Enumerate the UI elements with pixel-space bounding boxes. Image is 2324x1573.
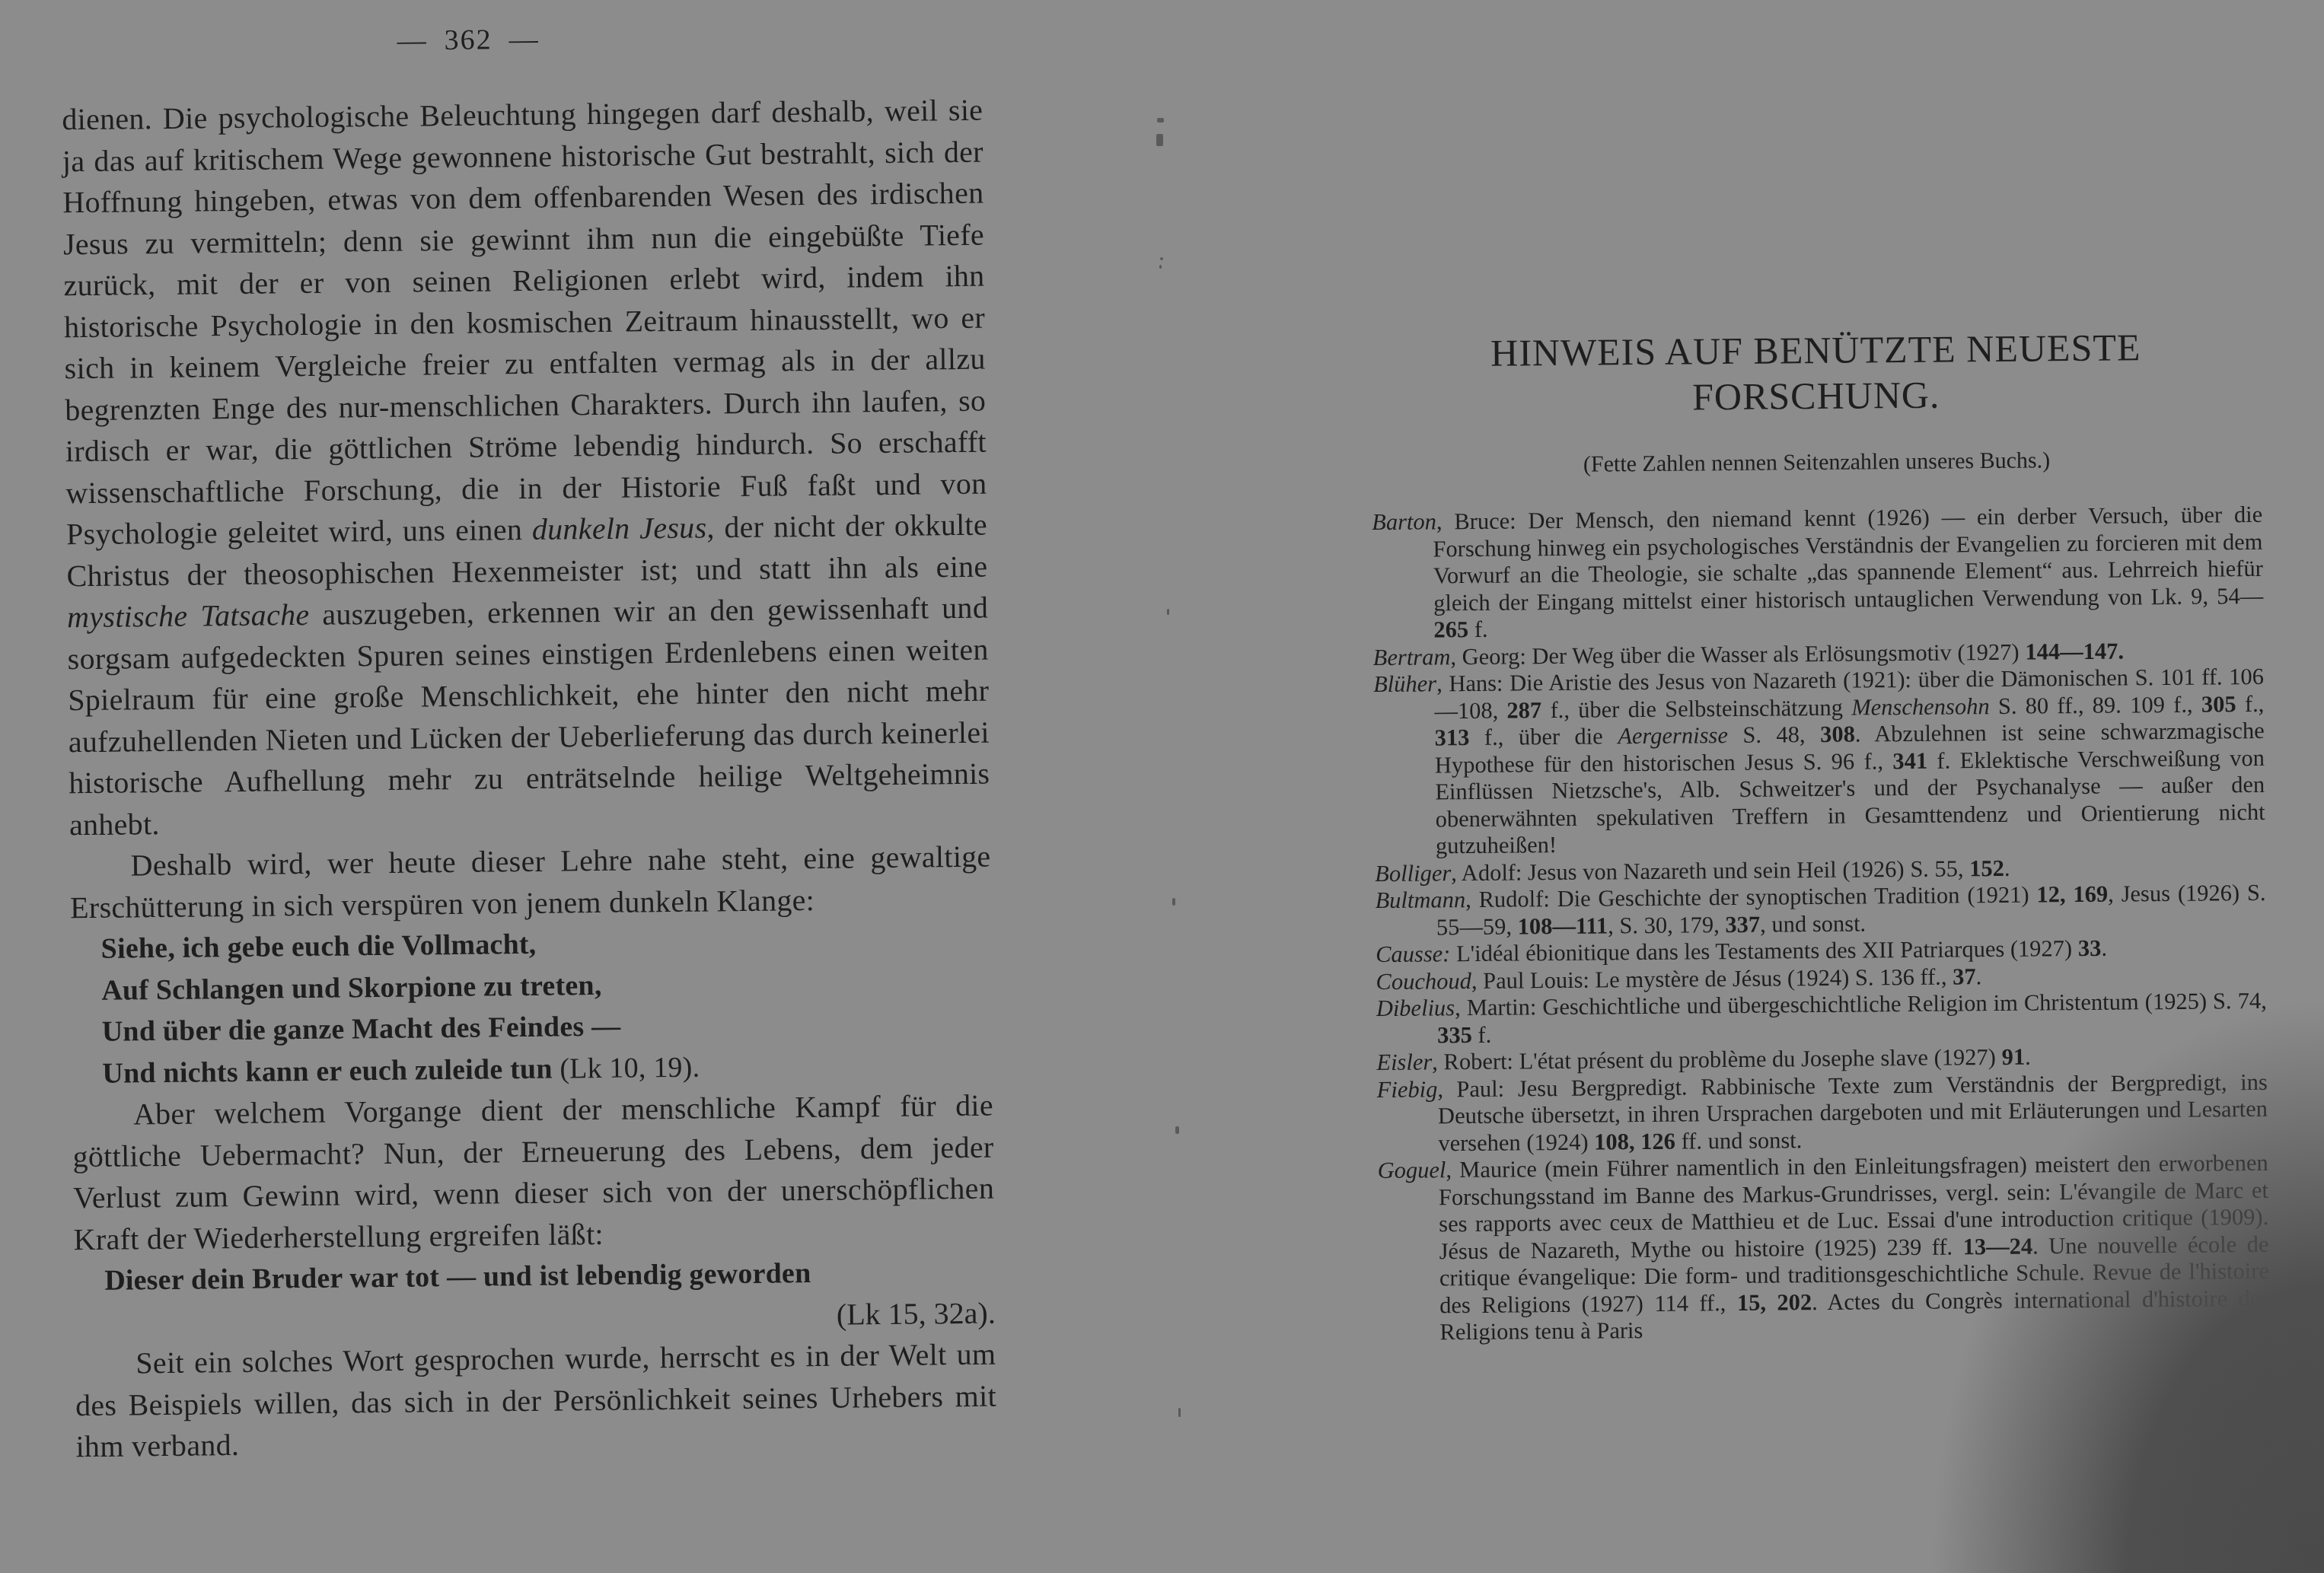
emphasis-italic: Aergernisse bbox=[1618, 722, 1728, 749]
section-title: HINWEIS AUF BENÜTZTE NEUESTE FORSCHUNG. bbox=[1370, 323, 2262, 422]
bibliography-author: Causse: bbox=[1376, 941, 1451, 967]
paragraph-aber-welchem-vorgange: Aber welchem Vorgange dient der menschli… bbox=[72, 1085, 995, 1261]
quote-line-text: Und nichts kann er euch zuleide tun bbox=[102, 1052, 553, 1089]
page-reference-bold: 313 bbox=[1435, 724, 1470, 750]
bibliography-entry: Dibelius, Martin: Geschichtliche und übe… bbox=[1376, 988, 2268, 1049]
bibliography-text: , Rudolf: Die Geschichte der synoptische… bbox=[1465, 881, 2037, 912]
paragraph-seit-ein-solches-wort: Seit ein solches Wort gesprochen wurde, … bbox=[75, 1334, 997, 1468]
bibliography-entry: Barton, Bruce: Der Mensch, den niemand k… bbox=[1372, 502, 2264, 645]
section-title-line-2: FORSCHUNG. bbox=[1692, 374, 1940, 419]
bibliography-text: . bbox=[2004, 855, 2010, 880]
bibliography-text: . bbox=[2101, 935, 2107, 961]
gutter-speck bbox=[1157, 118, 1164, 123]
page-reference-bold: 91 bbox=[2001, 1044, 2025, 1070]
bibliography-author: Bertram bbox=[1373, 644, 1451, 670]
gutter-speck bbox=[1160, 257, 1163, 260]
bibliography-text: . bbox=[1975, 963, 1981, 989]
page-number-dash-right: — bbox=[509, 23, 540, 56]
bibliography-entry: Fiebig, Paul: Jesu Bergpredigt. Rabbinis… bbox=[1377, 1068, 2268, 1157]
section-subtitle: (Fette Zahlen nennen Seitenzahlen unsere… bbox=[1371, 445, 2262, 480]
bibliography-text: f. bbox=[1468, 616, 1488, 642]
bibliography-text: , Bruce: Der Mensch, den niemand kennt (… bbox=[1433, 502, 2263, 616]
bibliography-text: , und sonst. bbox=[1760, 910, 1866, 937]
bibliography-text: , Adolf: Jesus von Nazareth und sein Hei… bbox=[1451, 855, 1969, 886]
bibliography-author: Blüher bbox=[1373, 670, 1436, 697]
paragraph-psychologische-beleuchtung: dienen. Die psychologische Beleuchtung h… bbox=[62, 90, 990, 846]
right-page: HINWEIS AUF BENÜTZTE NEUESTE FORSCHUNG. … bbox=[1370, 323, 2270, 1347]
bibliography-text: , S. 30, 179, bbox=[1608, 912, 1726, 938]
page-reference-bold: 287 bbox=[1506, 697, 1541, 723]
bibliography-text: , Robert: L'état présent du problème du … bbox=[1432, 1044, 2002, 1075]
quote-reference: (Lk 10, 19). bbox=[552, 1051, 700, 1084]
bibliography-text: S. 48, bbox=[1728, 721, 1820, 748]
page-number-value: 362 bbox=[445, 24, 493, 56]
bibliography-text: f. bbox=[1472, 1021, 1492, 1047]
page-reference-bold: 341 bbox=[1892, 747, 1927, 773]
bibliography-text: , Paul Louis: Le mystère de Jésus (1924)… bbox=[1471, 963, 1953, 994]
page-reference-bold: 12, 169 bbox=[2036, 881, 2108, 908]
gutter-speck bbox=[1159, 265, 1162, 269]
page-reference-bold: 305 bbox=[2201, 691, 2236, 717]
bibliography-text: f., über die Selbsteinschätzung bbox=[1541, 694, 1851, 723]
bibliography-text: , Paul: Jesu Bergpredigt. Rabbinische Te… bbox=[1437, 1068, 2268, 1156]
page-reference-bold: 37 bbox=[1953, 963, 1976, 989]
page-reference-bold: 13—24 bbox=[1962, 1233, 2032, 1259]
bibliography-author: Fiebig bbox=[1377, 1076, 1438, 1103]
emphasis-dunkeln-jesus: dunkeln Jesus bbox=[532, 510, 707, 546]
page-reference-bold: 335 bbox=[1437, 1021, 1472, 1047]
bibliography-author: Bolliger bbox=[1375, 860, 1451, 887]
bible-quote-lk-10-19: Siehe, ich gebe euch die Vollmacht, Auf … bbox=[70, 919, 993, 1095]
page-reference-bold: 15, 202 bbox=[1737, 1289, 1812, 1316]
emphasis-mystische-tatsache: mystische Tatsache bbox=[67, 597, 310, 634]
bibliography-text: L'idéal ébionitique dans les Testaments … bbox=[1450, 935, 2078, 966]
gutter-speck bbox=[1178, 1408, 1181, 1417]
bibliography-entry: Blüher, Hans: Die Aristie des Jesus von … bbox=[1373, 664, 2265, 861]
bibliography-text: . bbox=[2025, 1044, 2031, 1070]
page-number: —362— bbox=[0, 18, 982, 62]
page-reference-bold: 308 bbox=[1820, 721, 1855, 747]
page-reference-bold: 144—147. bbox=[2025, 638, 2124, 664]
bibliography-text: f., bbox=[2236, 690, 2264, 716]
bibliography-text: ff. und sonst. bbox=[1675, 1127, 1803, 1154]
bibliography-text: f., über die bbox=[1469, 723, 1618, 750]
bibliography-author: Eisler bbox=[1376, 1049, 1432, 1075]
gutter-speck bbox=[1167, 609, 1169, 615]
page-reference-bold: 265 bbox=[1433, 616, 1468, 642]
page-reference-bold: 108—111 bbox=[1517, 912, 1608, 939]
page-number-dash-left: — bbox=[397, 24, 428, 57]
bibliography-author: Couchoud bbox=[1376, 967, 1471, 994]
left-page: —362— dienen. Die psychologische Beleuch… bbox=[61, 18, 997, 1468]
paragraph-text: dienen. Die psychologische Beleuchtung h… bbox=[62, 93, 987, 552]
bibliography-author: Dibelius bbox=[1376, 995, 1455, 1021]
page-reference-bold: 33 bbox=[2078, 935, 2102, 961]
bibliography-author: Barton bbox=[1372, 508, 1436, 535]
bibliography-author: Goguel bbox=[1377, 1157, 1446, 1183]
section-title-line-1: HINWEIS AUF BENÜTZTE NEUESTE bbox=[1490, 326, 2141, 374]
bibliography-entry: Bultmann, Rudolf: Die Geschichte der syn… bbox=[1375, 880, 2266, 941]
paragraph-deshalb: Deshalb wird, wer heute dieser Lehre nah… bbox=[69, 836, 991, 929]
bible-quote-lk-15-32a: Dieser dein Bruder war tot — und ist leb… bbox=[74, 1251, 996, 1344]
page-reference-bold: 108, 126 bbox=[1594, 1128, 1675, 1154]
page-reference-bold: 152 bbox=[1969, 855, 2004, 880]
bibliography-entry: Goguel, Maurice (mein Führer namentlich … bbox=[1377, 1150, 2269, 1347]
gutter-speck bbox=[1156, 134, 1163, 146]
gutter-speck bbox=[1172, 898, 1175, 906]
bibliography-text: S. 80 ff., 89. 109 f., bbox=[1989, 691, 2201, 718]
emphasis-italic: Menschensohn bbox=[1851, 693, 1990, 721]
gutter-speck bbox=[1175, 1126, 1179, 1134]
bibliography-text: , Georg: Der Weg über die Wasser als Erl… bbox=[1450, 638, 2025, 670]
bibliography-author: Bultmann bbox=[1375, 887, 1465, 913]
page-reference-bold: 337 bbox=[1725, 911, 1760, 937]
bibliography-list: Barton, Bruce: Der Mensch, den niemand k… bbox=[1372, 502, 2270, 1347]
